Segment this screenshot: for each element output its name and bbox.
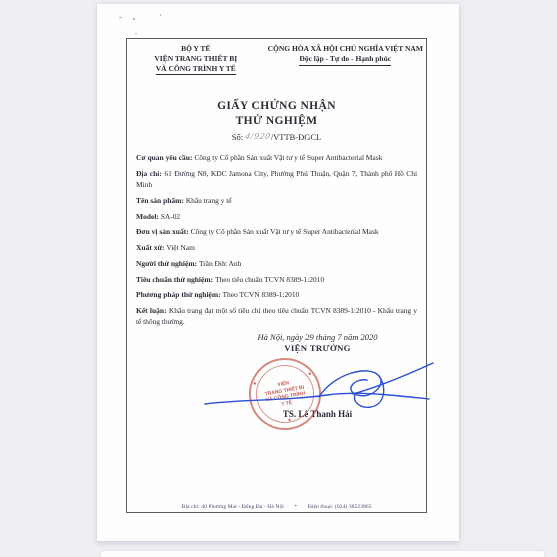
field-label: Xuất xứ: [136,243,166,252]
issuing-authority-block: BỘ Y TẾ VIỆN TRANG THIẾT BỊ VÀ CÔNG TRÌN… [127,44,265,75]
certificate-footer: Địa chỉ: 40 Phương Mai - Đống Đa - Hà Nộ… [127,504,426,510]
certificate-title-line1: GIẤY CHỨNG NHẬN [127,99,426,114]
handwritten-signature [203,354,438,432]
national-motto-block: CỘNG HÒA XÃ HỘI CHỦ NGHĨA VIỆT NAM Độc l… [265,44,426,75]
scan-dust-speck [160,14,161,16]
field-row: Địa chỉ: 61 Đường N8, KDC Jamona City, P… [136,168,417,191]
field-row: Tiêu chuẩn thử nghiệm: Theo tiêu chuẩn T… [136,274,417,285]
field-label: Địa chỉ: [136,169,164,178]
field-label: Đơn vị sản xuất: [136,227,191,236]
institute-name-line2: VÀ CÔNG TRÌNH Y TẾ [127,64,265,76]
institute-name-line1: VIỆN TRANG THIẾT BỊ [127,54,265,64]
field-row: Tên sản phẩm: Khẩu trang y tế [136,195,417,206]
scan-dust-speck [119,17,122,18]
certificate-border-frame: BỘ Y TẾ VIỆN TRANG THIẾT BỊ VÀ CÔNG TRÌN… [126,38,427,513]
footer-address: Địa chỉ: 40 Phương Mai - Đống Đa - Hà Nộ… [181,504,284,510]
certificate-fields: Cơ quan yêu cầu: Công ty Cổ phần Sản xuấ… [127,152,426,328]
national-motto-line2: Độc lập - Tự do - Hạnh phúc [265,54,426,66]
field-label: Cơ quan yêu cầu: [136,153,194,162]
certificate-number-line: Số: 4/920/VTTB-ĐGCL [127,132,426,142]
field-row: Cơ quan yêu cầu: Công ty Cổ phần Sản xuấ… [136,152,417,163]
national-motto-line1: CỘNG HÒA XÃ HỘI CHỦ NGHĨA VIỆT NAM [265,44,426,54]
footer-separator: * [294,504,297,510]
signature-block: Hà Nội, ngày 29 tháng 7 năm 2020 VIỆN TR… [215,332,420,419]
number-suffix: /VTTB-ĐGCL [271,132,322,142]
field-row: Người thử nghiệm: Trần Đức Anh [136,258,417,269]
field-label: Tên sản phẩm: [136,196,186,205]
number-prefix: Số: [232,132,243,142]
scan-background: { "certificate": { "header": { "ministry… [0,0,557,557]
field-label: Phương pháp thử nghiệm: [136,290,223,299]
field-row: Model: SA-02 [136,211,417,222]
certificate-title: GIẤY CHỨNG NHẬN THỬ NGHIỆM [127,99,426,129]
certificate-title-line2: THỬ NGHIỆM [127,114,426,129]
field-row: Phương pháp thử nghiệm: Theo TCVN 8389-1… [136,289,417,300]
handwritten-number: 4/920 [244,131,272,141]
field-label: Tiêu chuẩn thử nghiệm: [136,275,215,284]
next-page-edge [101,551,544,557]
footer-phone: Điện thoại: (024) 38523865 [308,504,372,510]
field-label: Người thử nghiệm: [136,259,199,268]
field-label: Model: [136,212,161,221]
field-row: Kết luận: Khẩu trang đạt một số tiêu chí… [136,305,417,328]
certificate-header: BỘ Y TẾ VIỆN TRANG THIẾT BỊ VÀ CÔNG TRÌN… [127,39,426,75]
signer-title: VIỆN TRƯỞNG [215,343,420,353]
signature-date-line: Hà Nội, ngày 29 tháng 7 năm 2020 [215,332,420,342]
scan-dust-speck [133,18,135,20]
field-row: Xuất xứ: Việt Nam [136,242,417,253]
field-row: Đơn vị sản xuất: Công ty Cổ phần Sản xuấ… [136,226,417,237]
certificate-page: BỘ Y TẾ VIỆN TRANG THIẾT BỊ VÀ CÔNG TRÌN… [97,4,459,541]
field-label: Kết luận: [136,306,169,315]
scan-dust-speck [135,33,137,34]
ministry-name: BỘ Y TẾ [127,44,265,54]
